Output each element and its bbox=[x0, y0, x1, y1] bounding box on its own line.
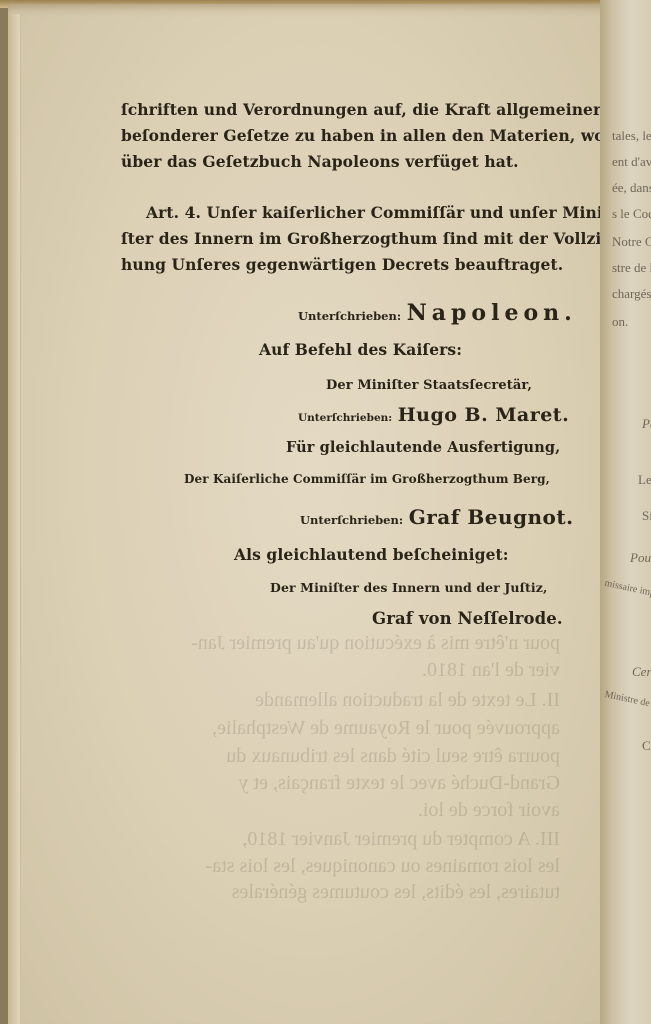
bleed-line: pour n'être mis à exécution qu'au premie… bbox=[120, 632, 560, 655]
interior-minister-title: Der Miniſter des Innern und der Juſtiz, bbox=[270, 580, 547, 595]
facing-text: C bbox=[642, 738, 651, 754]
text-line: hung Unſeres gegenwärtigen Decrets beauf… bbox=[121, 255, 563, 274]
bleed-line: les lois romaines ou canoniques, les loi… bbox=[120, 855, 560, 878]
napoleon-signature: Unterſchrieben: Napoleon. bbox=[298, 300, 577, 326]
beugnot-signature: Unterſchrieben: Graf Beugnot. bbox=[300, 505, 574, 529]
facing-text: tales, les bbox=[612, 128, 651, 144]
facing-page-edge: tales, les ent d'avoi ée, dans s le Cod … bbox=[600, 0, 651, 1024]
facing-text: ent d'avoi bbox=[612, 154, 651, 170]
bleed-line: Grand-Duché avec le texte français, et y bbox=[120, 772, 560, 795]
signer-name: Hugo B. Maret. bbox=[398, 404, 569, 426]
maret-signature: Unterſchrieben: Hugo B. Maret. bbox=[298, 404, 569, 426]
text-line: beſonderer Geſetze zu haben in allen den… bbox=[121, 126, 563, 145]
signed-label: Unterſchrieben: bbox=[300, 513, 403, 527]
text-line: ſchriften und Verordnungen auf, die Kraf… bbox=[121, 100, 563, 119]
facing-text: chargés de bbox=[612, 286, 651, 302]
text-line: über das Geſetzbuch Napoleons verfüget h… bbox=[121, 152, 519, 171]
facing-text: Pour bbox=[630, 550, 651, 566]
page-left-edge bbox=[8, 14, 21, 1024]
bleed-line: II. Le texte de la traduction allemande bbox=[120, 689, 560, 712]
nesselrode-signature: Graf von Neſſelrode. bbox=[372, 609, 563, 628]
facing-text: Par bbox=[642, 416, 651, 432]
bleed-line: tutaires, les édits, les coutumes généra… bbox=[120, 881, 560, 904]
facing-text: s le Cod bbox=[612, 206, 651, 222]
signer-name: Graf Beugnot. bbox=[409, 505, 574, 529]
facing-text: Notre C bbox=[612, 234, 651, 250]
text-line: Art. 4. Unſer kaiſerlicher Commiſſär und… bbox=[146, 203, 563, 222]
attested-line: Als gleichlautend beſcheiniget: bbox=[234, 545, 509, 564]
certified-copy-line: Für gleichlautende Ausfertigung, bbox=[286, 439, 560, 456]
facing-text: Le bbox=[638, 472, 651, 488]
bleed-line: approuvée pour le Royaume de Westphalie, bbox=[120, 717, 560, 740]
bleed-line: pourra être seul cité dans les tribunaux… bbox=[120, 745, 560, 768]
text-line: ſter des Innern im Großherzogthum ſind m… bbox=[121, 229, 563, 248]
facing-text: Si bbox=[642, 508, 651, 524]
facing-text: Certif bbox=[632, 664, 651, 680]
signer-name: Napoleon. bbox=[407, 300, 577, 326]
facing-text: missaire impéri bbox=[604, 578, 651, 602]
by-order-line: Auf Befehl des Kaiſers: bbox=[259, 340, 462, 359]
commissioner-title: Der Kaiſerliche Commiſſär im Großherzogt… bbox=[184, 472, 550, 486]
bleed-line: III. A compter du premier Janvier 1810, bbox=[120, 828, 560, 851]
facing-text: on. bbox=[612, 314, 628, 330]
facing-text: stre de l'in bbox=[612, 260, 651, 276]
bleed-line: avoir force de loi. bbox=[120, 799, 560, 822]
bleed-line: vier de l'an 1810. bbox=[120, 659, 560, 682]
signed-label: Unterſchrieben: bbox=[298, 309, 401, 323]
facing-text: Ministre de l'Inté bbox=[604, 689, 651, 714]
secretary-title: Der Miniſter Staatsſecretär, bbox=[326, 378, 532, 393]
facing-text: ée, dans bbox=[612, 180, 651, 196]
signed-label: Unterſchrieben: bbox=[298, 412, 392, 424]
